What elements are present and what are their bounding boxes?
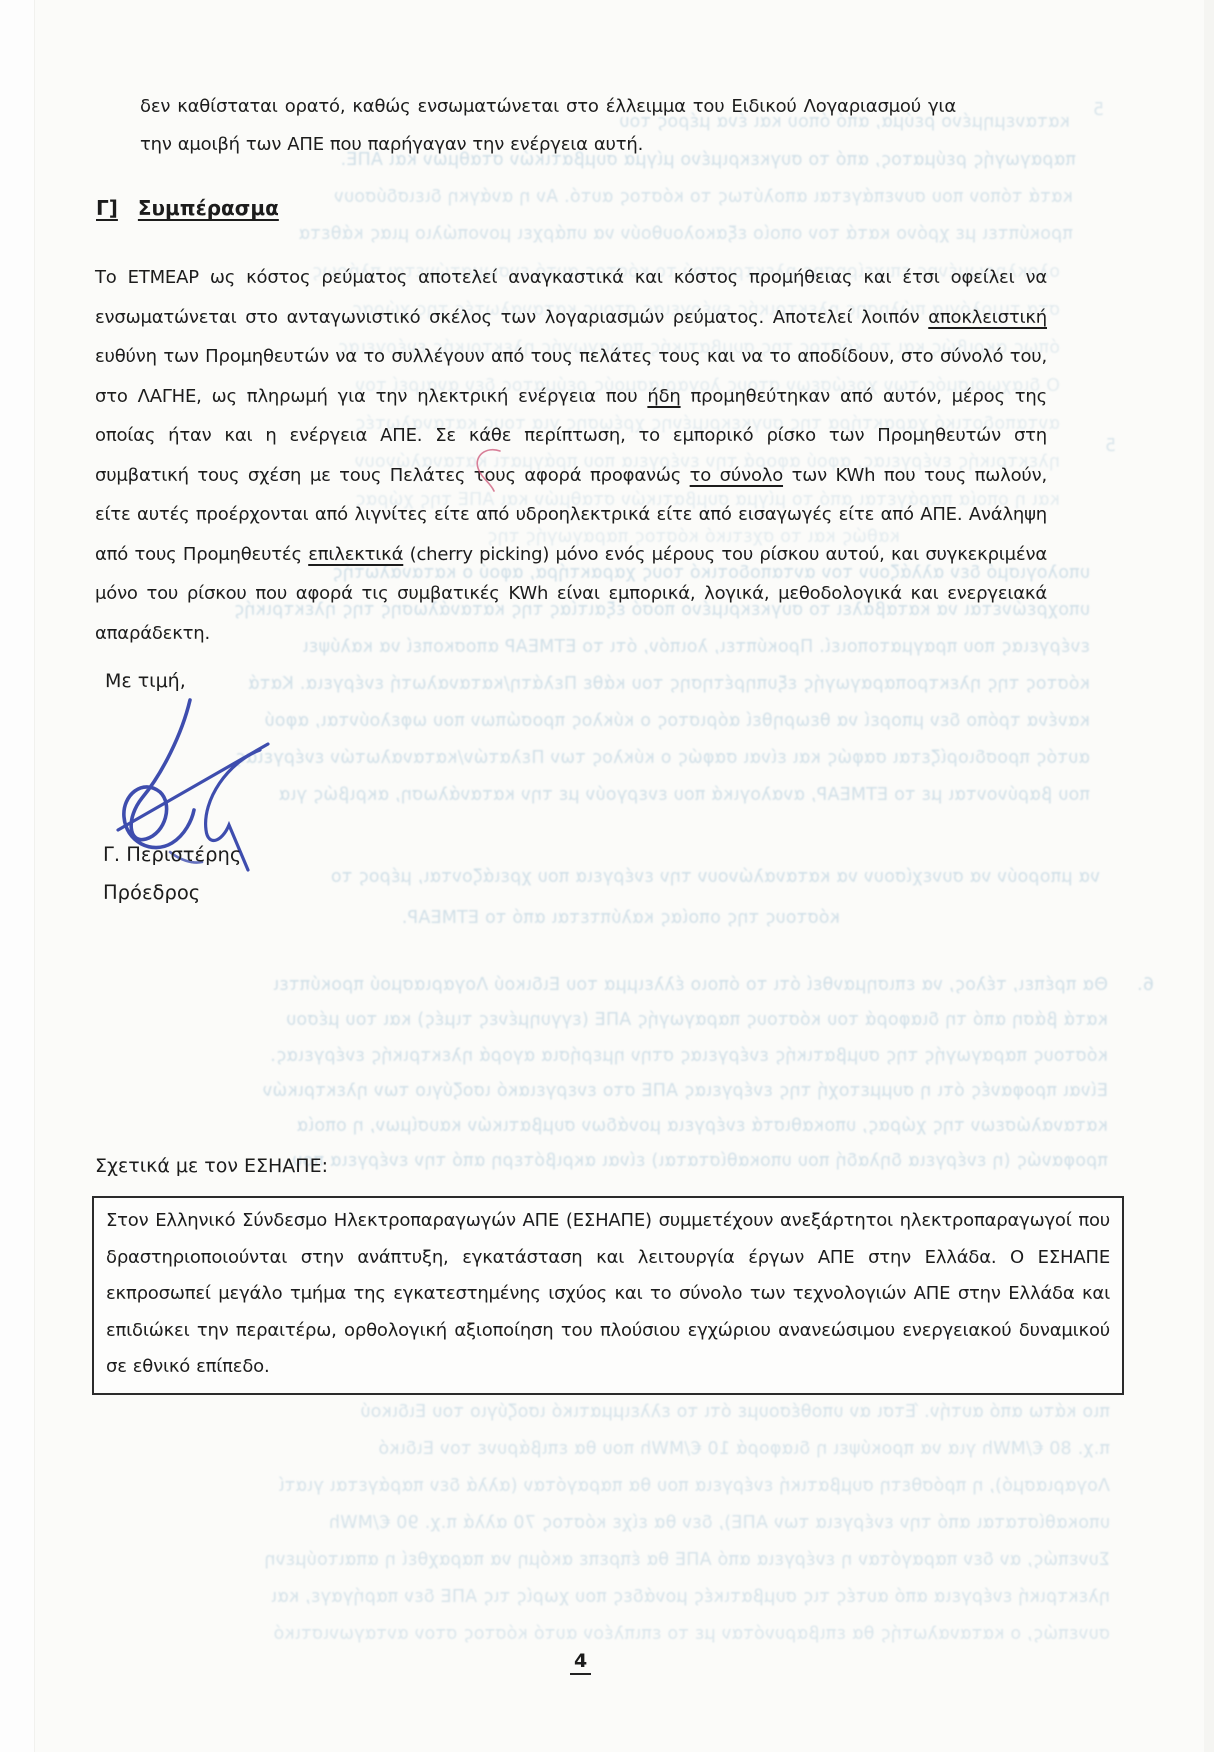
eshape-section-label: Σχετικά με τον ΕΣΗΑΠΕ:	[95, 1155, 328, 1177]
eshape-description-text: Στον Ελληνικό Σύνδεσμο Ηλεκτροπαραγωγών …	[106, 1210, 1110, 1377]
bleedthrough-line: 5	[1090, 436, 1116, 461]
scanned-document-page: 5κατανεμημένο ρεύμα, από όπου και ένα μέ…	[0, 0, 1214, 1752]
salutation: Με τιμή,	[105, 670, 186, 692]
signer-name: Γ. Περιστέρης	[103, 843, 241, 866]
body-segment: Το ΕΤΜΕΑΡ ως κόστος ρεύματος αποτελεί αν…	[95, 267, 1047, 328]
bleedthrough-line: κόστος της ηλεκτροπαραγωγής εξυπηρέτησης…	[210, 674, 1090, 699]
underlined-phrase: αποκλειστική	[928, 307, 1047, 328]
section-heading-prefix: Γ]	[96, 196, 118, 220]
eshape-description-box: Στον Ελληνικό Σύνδεσμο Ηλεκτροπαραγωγών …	[92, 1196, 1124, 1395]
section-heading: Γ]Συμπέρασμα	[96, 194, 279, 222]
bleedthrough-line: να μπορούν να συνεχίσουν να καταναλώνουν…	[330, 867, 1100, 892]
bleedthrough-line: κόστους παραγωγής της συμβατικής ενέργει…	[168, 1046, 1108, 1071]
bleedthrough-line: που βαρύνονται με το ΕΤΜΕΑΡ, αναλογικά π…	[210, 785, 1090, 810]
top-paragraph: δεν καθίσταται ορατό, καθώς ενσωματώνετα…	[140, 88, 956, 164]
underlined-phrase: το σύνολο	[690, 465, 783, 486]
bleedthrough-line: αυτός προσδιορίζεται σαφώς και είναι σαφ…	[210, 748, 1090, 773]
bleedthrough-line: υποκαθίσταται από την ενέργεια των ΑΠΕ),…	[160, 1513, 1110, 1538]
bleedthrough-line: 5	[1078, 100, 1104, 125]
bleedthrough-line: Συνεπώς, αν δεν παραγόταν η ενέργεια από…	[160, 1550, 1110, 1575]
bleedthrough-line: Λογαριασμό), η πρόσθετη συμβατική ενέργε…	[160, 1476, 1110, 1501]
underlined-phrase: επιλεκτικά	[308, 544, 403, 565]
bleedthrough-line: Θα πρέπει, τέλος, να επισημανθεί ότι το …	[168, 975, 1108, 1000]
bleedthrough-line: π.χ. 80 €/MWh για να προκύψει η διαφορά …	[160, 1439, 1110, 1464]
bleedthrough-line: κόστους της οποίας καλύπτεται από το ΕΤΜ…	[280, 908, 840, 933]
bleedthrough-line: Είναι προφανές ότι η συμμετοχή της ενέργ…	[168, 1081, 1108, 1106]
red-pen-annotation	[470, 448, 510, 492]
underlined-phrase: ήδη	[647, 386, 680, 407]
bleedthrough-line: συνεπώς, ο καταναλωτής θα επιβαρυνόταν μ…	[160, 1624, 1110, 1649]
bleedthrough-line: κατά βάση από τη διαφορά του κόστους παρ…	[168, 1010, 1108, 1035]
page-number: 4	[570, 1650, 591, 1675]
bleedthrough-line: προκύπτει με χρόνο κατά τον οποίο εξακολ…	[168, 224, 1073, 249]
bleedthrough-line: πιο κάτω από αυτήν. Έτσι αν υποθέσουμε ό…	[160, 1402, 1110, 1427]
conclusion-paragraph: Το ΕΤΜΕΑΡ ως κόστος ρεύματος αποτελεί αν…	[95, 258, 1047, 653]
bleedthrough-line: 6.	[1120, 975, 1154, 1000]
section-heading-title: Συμπέρασμα	[138, 196, 279, 220]
bleedthrough-line: κατά τόπον που συνεπάγεται απολύτως το κ…	[168, 187, 1073, 212]
signer-title: Πρόεδρος	[103, 881, 200, 904]
bleedthrough-line: καταναλώσεων της χώρας, υποκαθιστά ενέργ…	[168, 1116, 1108, 1141]
bleedthrough-line: κανένα τρόπο δεν μπορεί να θεωρηθεί αόρι…	[210, 711, 1090, 736]
bleedthrough-line: ηλεκτρική ενέργεια από αυτές τις συμβατι…	[160, 1587, 1110, 1612]
